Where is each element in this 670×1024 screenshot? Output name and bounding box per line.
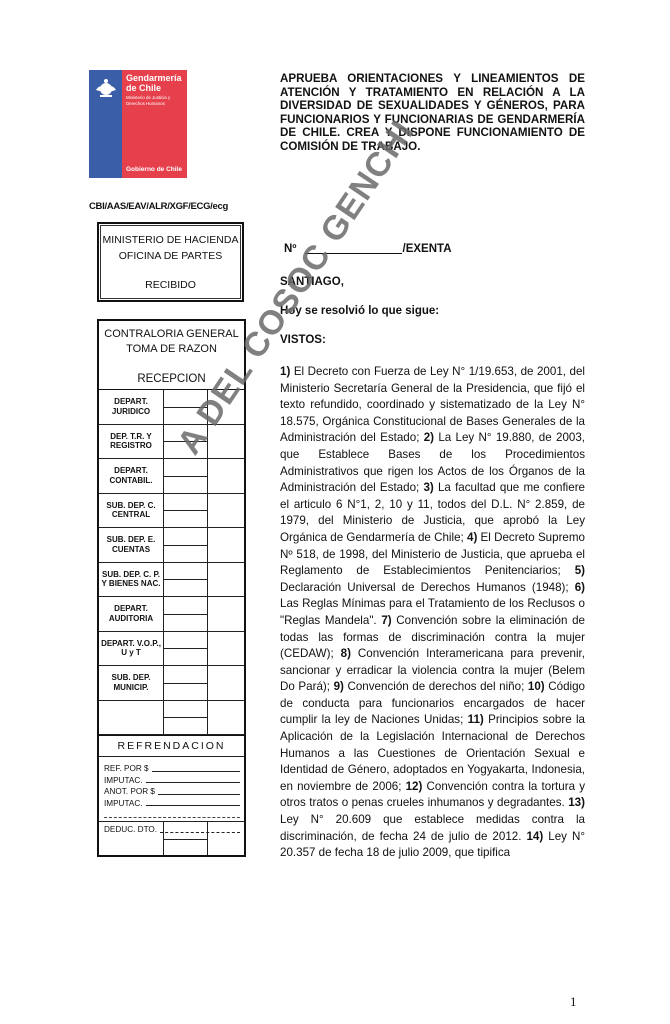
visto-number: 14) (526, 830, 543, 843)
vistos-body: 1) El Decreto con Fuerza de Ley N° 1/19.… (280, 364, 585, 862)
visto-number: 7) (381, 614, 391, 627)
stamp-line-ministry: MINISTERIO DE HACIENDA (99, 234, 242, 246)
contraloria-stamp: CONTRALORIA GENERAL TOMA DE RAZON RECEPC… (97, 319, 246, 857)
stamp-line-office: OFICINA DE PARTES (99, 250, 242, 262)
logo-blue-panel (89, 70, 122, 178)
visto-number: 4) (467, 531, 477, 544)
row-label: DEPART. V.O.P., U y T (99, 632, 164, 666)
contraloria-row: DEPART. JURIDICO (99, 390, 244, 425)
visto-number: 6) (575, 581, 585, 594)
row-cell (164, 390, 208, 424)
row-cell (208, 597, 244, 631)
coat-of-arms-icon (94, 78, 118, 98)
contraloria-row: DEP. T.R. Y REGISTRO (99, 425, 244, 460)
visto-number: 11) (468, 713, 484, 726)
row-label: DEPART. CONTABIL. (99, 459, 164, 493)
row-label: SUB. DEP. E. CUENTAS (99, 528, 164, 562)
row-label (99, 701, 164, 735)
refr-field: IMPUTAC. (104, 798, 240, 810)
row-cell (164, 632, 208, 666)
refrendacion-heading: REFRENDACION (99, 735, 244, 757)
row-cell (208, 425, 244, 459)
logo-government: Gobierno de Chile (126, 166, 182, 173)
row-cell (164, 597, 208, 631)
row-cell (208, 563, 244, 597)
contraloria-row (99, 701, 244, 736)
logo-institution: Gendarmería de Chile (126, 73, 187, 93)
contraloria-row: DEPART. AUDITORIA (99, 597, 244, 632)
reference-code: CBI/AAS/EAV/ALR/XGF/ECG/ecg (89, 201, 228, 212)
resolved-line: Hoy se resolvió lo que sigue: (280, 305, 439, 317)
row-cell (208, 494, 244, 528)
visto-number: 3) (423, 481, 433, 494)
contraloria-header: CONTRALORIA GENERAL TOMA DE RAZON RECEPC… (99, 321, 244, 390)
contraloria-row: DEPART. CONTABIL. (99, 459, 244, 494)
visto-number: 10) (528, 680, 545, 693)
contraloria-row: SUB. DEP. C. P. Y BIENES NAC. (99, 563, 244, 598)
row-label: DEP. T.R. Y REGISTRO (99, 425, 164, 459)
visto-number: 5) (575, 564, 585, 577)
visto-text: Convención de derechos del niño; (344, 680, 528, 693)
row-label: SUB. DEP. MUNICIP. (99, 666, 164, 700)
row-cell (208, 666, 244, 700)
row-label: DEPART. JURIDICO (99, 390, 164, 424)
row-cell (164, 425, 208, 459)
contraloria-title: CONTRALORIA GENERAL (99, 321, 244, 342)
row-cell (164, 459, 208, 493)
row-cell (208, 390, 244, 424)
row-label: DEPART. AUDITORIA (99, 597, 164, 631)
contraloria-rows: DEPART. JURIDICODEP. T.R. Y REGISTRODEPA… (99, 390, 244, 735)
page-number: 1 (570, 994, 577, 1010)
contraloria-row: SUB. DEP. C. CENTRAL (99, 494, 244, 529)
refr-field: REF. POR $ (104, 763, 240, 775)
visto-number: 8) (341, 647, 351, 660)
document-title: APRUEBA ORIENTACIONES Y LINEAMIENTOS DE … (280, 72, 585, 153)
logo-ministry: Ministerio de Justicia y Derechos Humano… (126, 95, 187, 106)
row-cell (164, 528, 208, 562)
visto-number: 2) (424, 431, 434, 444)
refrendacion-bottom-row (99, 821, 244, 855)
row-cell (208, 632, 244, 666)
number-blank (305, 253, 402, 254)
visto-text: Declaración Universal de Derechos Humano… (280, 581, 575, 594)
visto-number: 13) (568, 796, 585, 809)
row-label: SUB. DEP. C. P. Y BIENES NAC. (99, 563, 164, 597)
vistos-heading: VISTOS: (280, 334, 326, 346)
blank-line (104, 809, 240, 818)
gendarmeria-logo: Gendarmería de Chile Ministerio de Justi… (89, 70, 187, 178)
contraloria-subtitle: TOMA DE RAZON (99, 342, 244, 357)
contraloria-row: DEPART. V.O.P., U y T (99, 632, 244, 667)
row-cell (208, 528, 244, 562)
refr-field: IMPUTAC. (104, 775, 240, 787)
contraloria-reception: RECEPCION (99, 372, 244, 387)
contraloria-row: SUB. DEP. MUNICIP. (99, 666, 244, 701)
visto-number: 12) (406, 780, 423, 793)
refr-field: ANOT. POR $ (104, 786, 240, 798)
city-date: SANTIAGO, (280, 276, 344, 288)
resolution-number: Nº/EXENTA (284, 243, 452, 255)
row-cell (164, 666, 208, 700)
row-cell (208, 701, 244, 735)
visto-number: 9) (334, 680, 344, 693)
visto-number: 1) (280, 365, 290, 378)
logo-red-panel: Gendarmería de Chile Ministerio de Justi… (122, 70, 187, 178)
row-cell (164, 494, 208, 528)
row-cell (208, 459, 244, 493)
row-cell (164, 563, 208, 597)
hacienda-stamp: aaaqqq MINISTERIO DE HACIENDA OFICINA DE… (97, 222, 244, 302)
stamp-line-received: RECIBIDO (99, 279, 242, 291)
row-cell (164, 701, 208, 735)
contraloria-row: SUB. DEP. E. CUENTAS (99, 528, 244, 563)
row-label: SUB. DEP. C. CENTRAL (99, 494, 164, 528)
